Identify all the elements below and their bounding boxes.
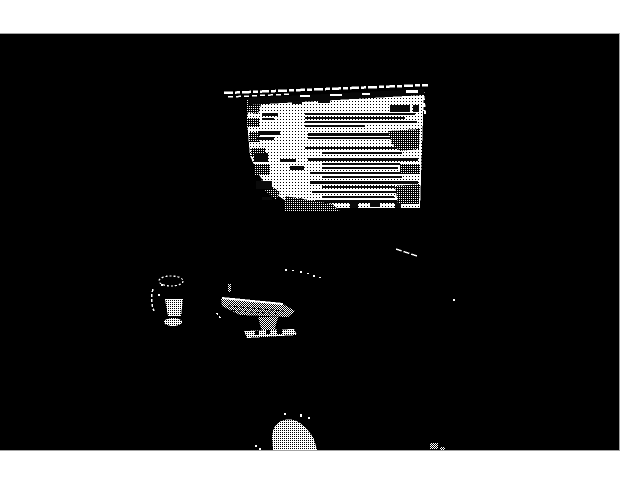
photo-page [0, 0, 635, 492]
mug-foot [164, 318, 182, 326]
dithered-photo-scene [0, 34, 619, 450]
monitor-screen [246, 89, 424, 211]
keyboard-cable-tick [228, 284, 231, 292]
photo-frame [0, 33, 620, 451]
mug-body-highlight [165, 299, 183, 316]
